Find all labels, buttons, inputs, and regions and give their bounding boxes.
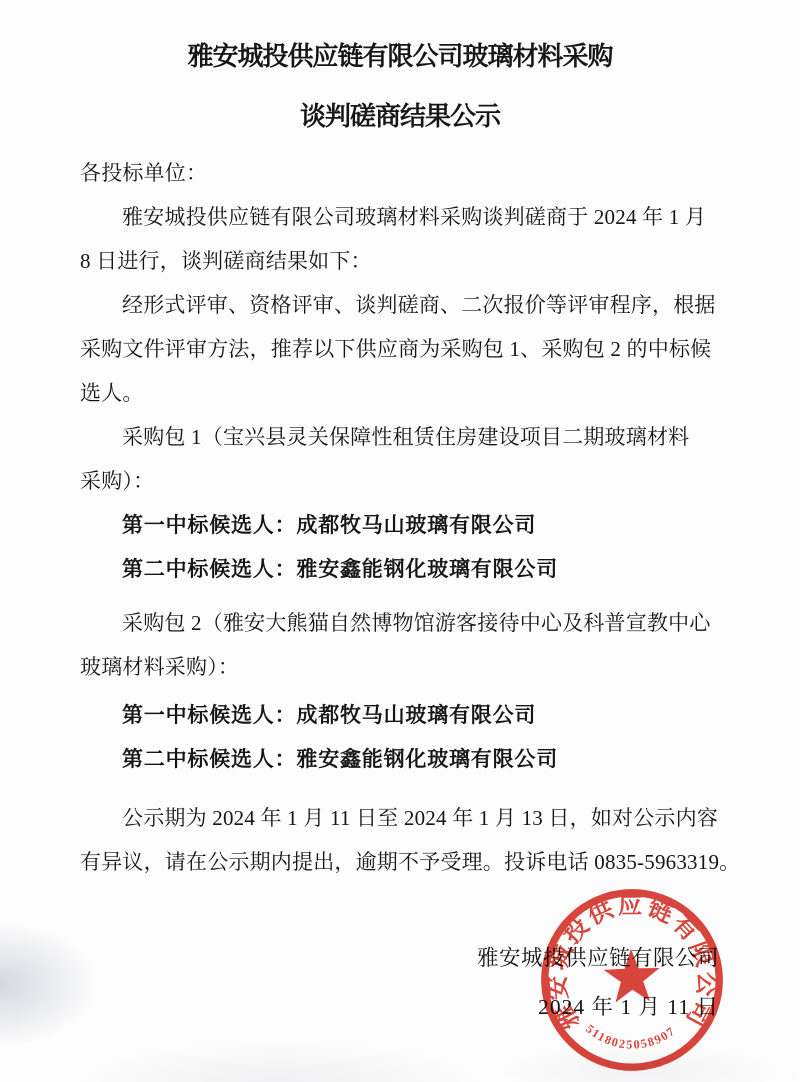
salutation-line: 各投标单位： [80,151,725,195]
package1-second-candidate: 第二中标候选人：雅安鑫能钢化玻璃有限公司 [80,547,725,591]
package2-line: 采购包 2（雅安大熊猫自然博物馆游客接待中心及科普宣教中心 [80,601,725,645]
publicity-period-line: 公示期为 2024 年 1 月 11 日至 2024 年 1 月 13 日，如对… [80,796,725,840]
package2-line: 玻璃材料采购）： [80,645,725,689]
body-line: 8 日进行，谈判磋商结果如下： [80,239,725,283]
package1-line: 采购）： [80,459,725,503]
package2-first-candidate: 第一中标候选人：成都牧马山玻璃有限公司 [80,693,725,737]
document-page: 雅安城投供应链有限公司玻璃材料采购 谈判磋商结果公示 各投标单位： 雅安城投供应… [0,0,800,1082]
body-line: 经形式评审、资格评审、谈判磋商、二次报价等评审程序，根据 [80,283,725,327]
document-title-line1: 雅安城投供应链有限公司玻璃材料采购 [0,36,800,73]
package1-first-candidate: 第一中标候选人：成都牧马山玻璃有限公司 [80,503,725,547]
document-title-line2: 谈判磋商结果公示 [0,96,800,133]
package2-second-candidate: 第二中标候选人：雅安鑫能钢化玻璃有限公司 [80,737,725,781]
body-line: 选人。 [80,371,725,415]
package1-line: 采购包 1（宝兴县灵关保障性租赁住房建设项目二期玻璃材料 [80,415,725,459]
body-line: 采购文件评审方法，推荐以下供应商为采购包 1、采购包 2 的中标候 [80,327,725,371]
seal-serial-number: 5118025058907 [583,1019,679,1054]
seal-star-icon [603,948,661,1003]
official-seal-stamp: 雅安城投供应链有限公司 5118025058907 [531,879,734,1082]
body-line: 雅安城投供应链有限公司玻璃材料采购谈判磋商于 2024 年 1 月 [80,195,725,239]
document-body: 各投标单位： 雅安城投供应链有限公司玻璃材料采购谈判磋商于 2024 年 1 月… [80,151,725,884]
publicity-period-line: 有异议，请在公示期内提出，逾期不予受理。投诉电话 0835-5963319。 [80,840,725,884]
